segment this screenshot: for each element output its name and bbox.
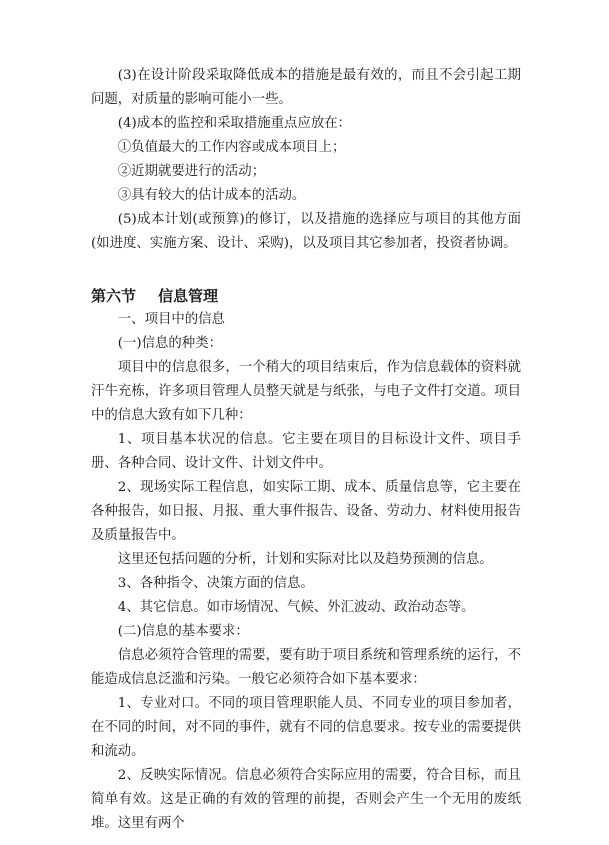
subheading: (一)信息的种类：: [91, 332, 521, 356]
list-item: 2、现场实际工程信息，如实际工期、成本、质量信息等，它主要在各种报告，如日报、月…: [91, 476, 521, 548]
paragraph: (3)在设计阶段采取降低成本的措施是最有效的，而且不会引起工期问题，对质量的影响…: [91, 64, 521, 112]
paragraph: (5)成本计划(或预算)的修订，以及措施的选择应与项目的其他方面(如进度、实施方…: [91, 208, 521, 256]
list-item: 4、其它信息。如市场情况、气候、外汇波动、政治动态等。: [91, 596, 521, 620]
paragraph: 项目中的信息很多，一个稍大的项目结束后，作为信息载体的资料就汗牛充栋，许多项目管…: [91, 356, 521, 428]
list-item: 2、反映实际情况。信息必须符合实际应用的需要，符合目标，而且简单有效。这是正确的…: [91, 764, 521, 836]
list-item: ②近期就要进行的活动；: [91, 160, 521, 184]
document-page: (3)在设计阶段采取降低成本的措施是最有效的，而且不会引起工期问题，对质量的影响…: [91, 64, 521, 836]
list-item: 1、项目基本状况的信息。它主要在项目的目标设计文件、项目手册、各种合同、设计文件…: [91, 428, 521, 476]
subheading: 一、项目中的信息: [91, 308, 521, 332]
section-title: 信息管理: [158, 287, 218, 305]
list-item: ①负值最大的工作内容或成本项目上；: [91, 136, 521, 160]
paragraph: 这里还包括问题的分析，计划和实际对比以及趋势预测的信息。: [91, 548, 521, 572]
paragraph: (4)成本的监控和采取措施重点应放在：: [91, 112, 521, 136]
subheading: (二)信息的基本要求：: [91, 620, 521, 644]
section-number: 第六节: [91, 287, 136, 305]
list-item: 1、专业对口。不同的项目管理职能人员、不同专业的项目参加者，在不同的时间，对不同…: [91, 692, 521, 764]
list-item: 3、各种指令、决策方面的信息。: [91, 572, 521, 596]
list-item: ③具有较大的估计成本的活动。: [91, 184, 521, 208]
paragraph: 信息必须符合管理的需要，要有助于项目系统和管理系统的运行，不能造成信息泛滥和污染…: [91, 644, 521, 692]
section-heading: 第六节信息管理: [91, 274, 521, 308]
